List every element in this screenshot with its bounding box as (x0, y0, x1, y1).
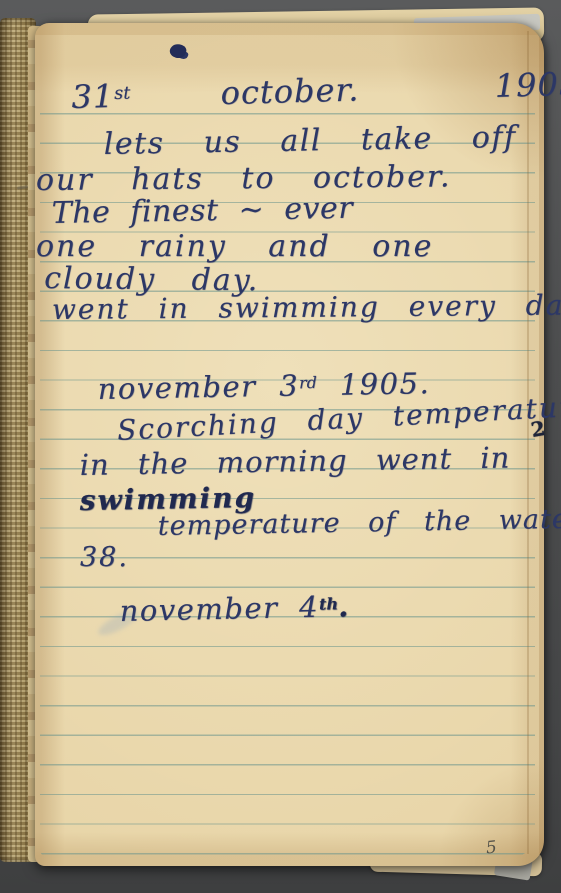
handwriting-line: The finest ~ ever (51, 192, 353, 230)
entry-date-day: november 3 (97, 368, 299, 406)
handwriting-line: one rainy and one (36, 230, 433, 263)
handwriting-line: 38. (80, 543, 129, 573)
handwriting-line: lets us all take off (103, 121, 516, 161)
entry-date: november 4th. (119, 591, 350, 628)
handwriting-line: our hats to october. (36, 160, 452, 197)
scanned-notebook-photo: 31st october. 1905 lets us all take off … (0, 0, 561, 893)
entry-date-ordinal: th (319, 594, 338, 613)
entry-date-day: 31 (71, 77, 115, 116)
entry-date-rest: . (338, 589, 350, 623)
entry-date-day: november 4 (119, 590, 319, 628)
entry-date-ordinal: st (114, 84, 131, 104)
handwriting-line: went in swimming every day (52, 290, 561, 325)
page-number: 5 (485, 837, 498, 858)
entry-date-ordinal: rd (299, 373, 317, 392)
page-edge-crease (527, 31, 529, 854)
entry-date-rest: 1905. (317, 366, 431, 402)
